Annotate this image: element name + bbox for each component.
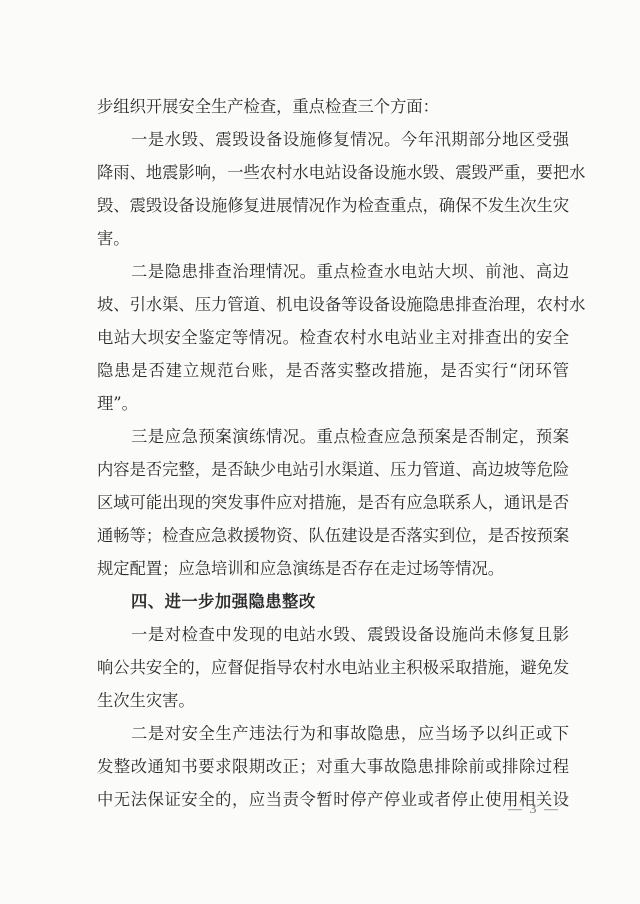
text-line: 一是对检查中发现的电站水毁、震毁设备设施尚未修复且影: [97, 624, 569, 657]
text-line: 坡、引水渠、压力管道、机电设备等设备设施隐患排查治理，农村水: [97, 294, 569, 327]
page-number: — 3 —: [500, 802, 568, 818]
text-line: 毁、震毁设备设施修复进展情况作为检查重点，确保不发生次生灾: [97, 195, 569, 228]
text-line: 响公共安全的，应督促指导农村水电站业主积极采取措施，避免发: [97, 657, 569, 690]
text-line: 电站大坝安全鉴定等情况。检查农村水电站业主对排查出的安全: [97, 327, 569, 360]
text-line: 中无法保证安全的，应当责令暂时停产停业或者停止使用相关设: [97, 789, 569, 822]
text-line: 一是水毁、震毁设备设施修复情况。今年汛期部分地区受强: [97, 129, 569, 162]
text-line: 三是应急预案演练情况。重点检查应急预案是否制定，预案: [97, 426, 569, 459]
section-heading: 四、进一步加强隐患整改: [97, 591, 569, 624]
text-line: 通畅等；检查应急救援物资、队伍建设是否落实到位，是否按预案: [97, 525, 569, 558]
text-line: 降雨、地震影响，一些农村水电站设备设施水毁、震毁严重，要把水: [97, 162, 569, 195]
text-line: 区域可能出现的突发事件应对措施，是否有应急联系人，通讯是否: [97, 492, 569, 525]
text-line: 理”。: [97, 393, 569, 426]
text-line: 步组织开展安全生产检查，重点检查三个方面：: [97, 96, 569, 129]
text-line: 二是对安全生产违法行为和事故隐患，应当场予以纠正或下: [97, 723, 569, 756]
text-line: 发整改通知书要求限期改正；对重大事故隐患排除前或排除过程: [97, 756, 569, 789]
text-line: 生次生灾害。: [97, 690, 569, 723]
text-line: 害。: [97, 228, 569, 261]
text-line: 隐患是否建立规范台账，是否落实整改措施，是否实行“闭环管: [97, 360, 569, 393]
document-page: 步组织开展安全生产检查，重点检查三个方面： 一是水毁、震毁设备设施修复情况。今年…: [97, 96, 569, 822]
text-line: 规定配置；应急培训和应急演练是否存在走过场等情况。: [97, 558, 569, 591]
text-line: 二是隐患排查治理情况。重点检查水电站大坝、前池、高边: [97, 261, 569, 294]
text-line: 内容是否完整，是否缺少电站引水渠道、压力管道、高边坡等危险: [97, 459, 569, 492]
